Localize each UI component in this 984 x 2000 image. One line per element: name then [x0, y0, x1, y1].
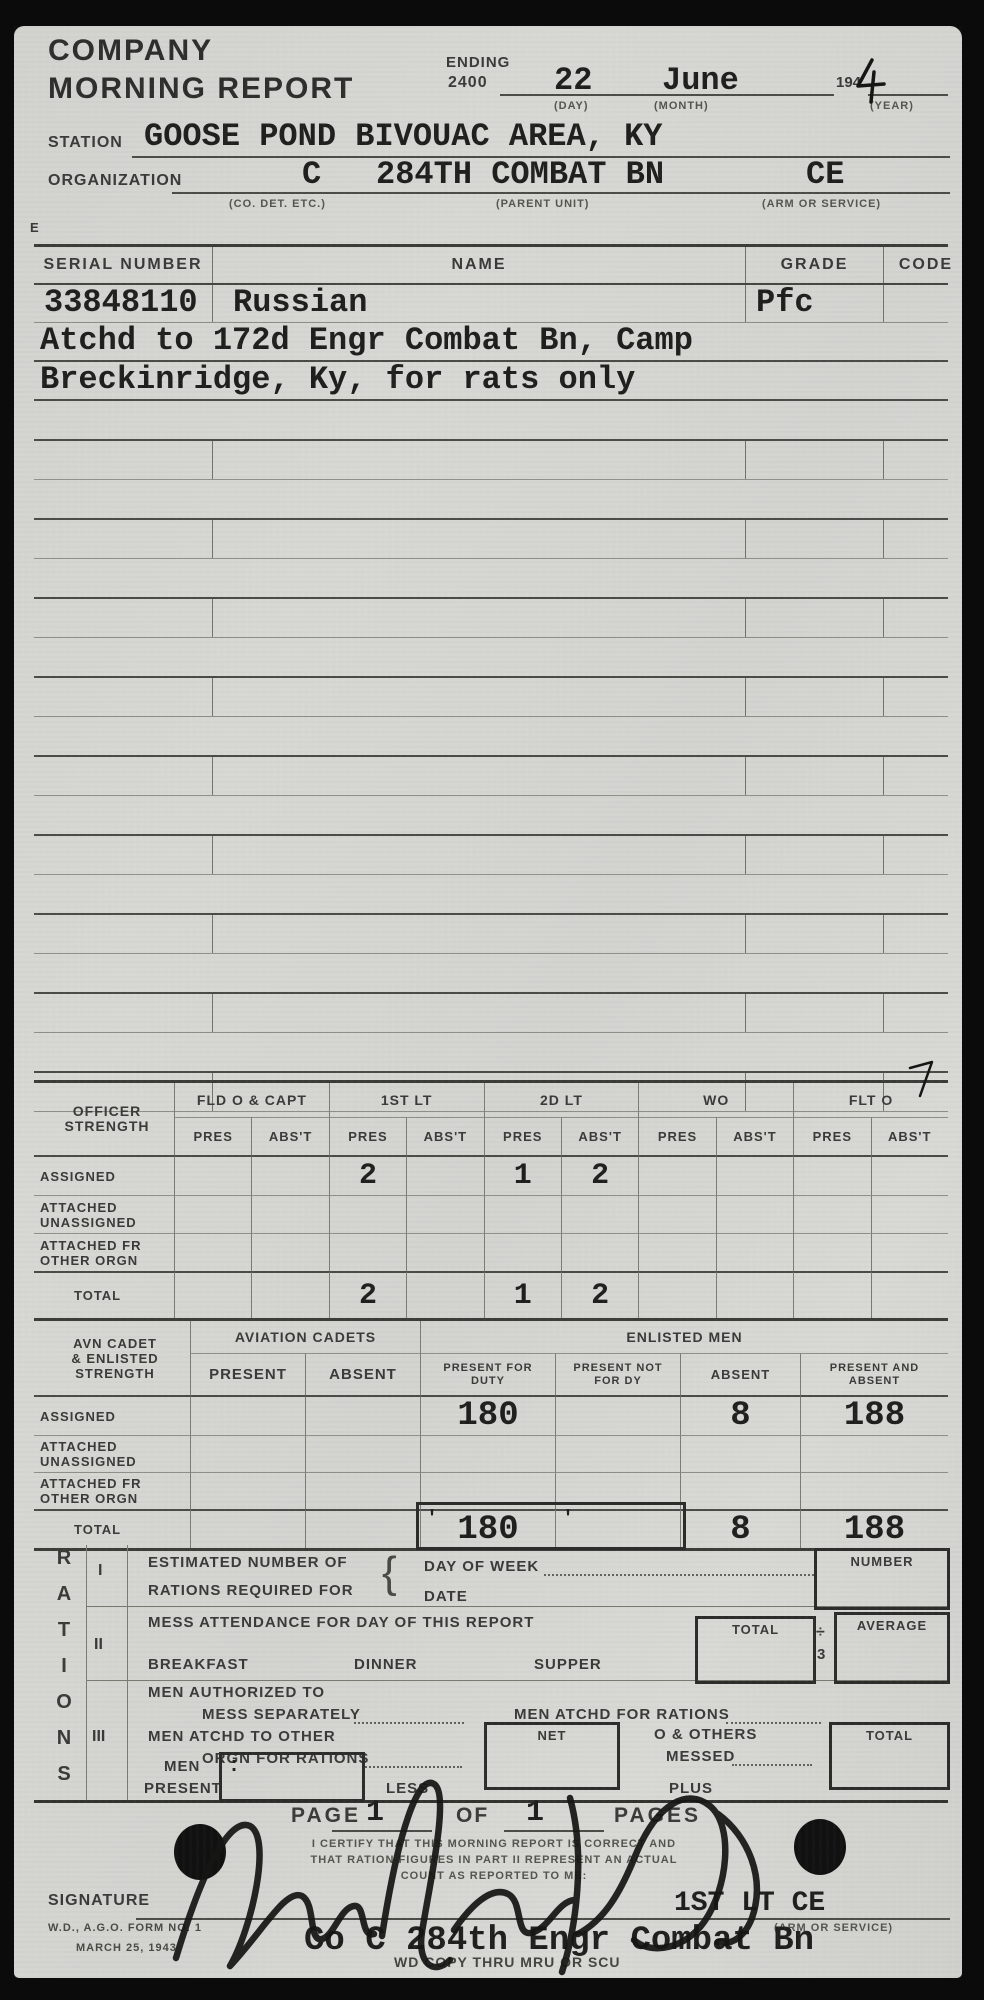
- officer-cell: [484, 1233, 561, 1271]
- enlisted-title-line: STRENGTH: [75, 1366, 155, 1381]
- others-line1: O & OTHERS: [654, 1726, 757, 1743]
- roster-blank-row: [34, 836, 948, 875]
- roster-blank-row: [34, 520, 948, 559]
- enlisted-subheader: ABSENT: [305, 1353, 420, 1395]
- organization-arm: CE: [806, 156, 844, 193]
- officer-cell: 2: [561, 1271, 638, 1318]
- officer-title-line: OFFICER: [73, 1104, 141, 1119]
- typed-grade-arm: 1ST LT CE: [674, 1888, 825, 1919]
- cert-line1: I CERTIFY THAT THIS MORNING REPORT IS CO…: [214, 1838, 774, 1850]
- roster-blank-cell: [745, 678, 883, 716]
- roster-blank-cell: [212, 836, 745, 874]
- enlisted-subheader: PRESENT AND ABSENT: [800, 1353, 948, 1395]
- rations-brace: {: [382, 1548, 397, 1598]
- form-number-line1: W.D., A.G.O. FORM NO. 1: [48, 1922, 202, 1934]
- officer-cell: [638, 1233, 715, 1271]
- roster-remark-row: Breckinridge, Ky, for rats only: [34, 362, 948, 401]
- officer-cell: [484, 1195, 561, 1233]
- rations-vline-1: [86, 1545, 87, 1800]
- officer-strength-table: OFFICERSTRENGTHFLD O & CAPT1ST LT2D LTWO…: [34, 1080, 948, 1321]
- enlisted-row-label: ATTACHED UNASSIGNED: [34, 1435, 190, 1472]
- roster-entry-serial: 33848110: [34, 285, 212, 322]
- roster-entry-row: 33848110RussianPfc: [34, 285, 948, 323]
- officer-cell: [406, 1233, 483, 1271]
- officer-cell: [251, 1233, 328, 1271]
- section2-numeral: II: [94, 1636, 103, 1654]
- officer-subheader: ABS'T: [716, 1117, 793, 1155]
- officer-cell: [716, 1195, 793, 1233]
- aviation-cadets-header: AVIATION CADETS: [190, 1321, 420, 1353]
- rations-vline-2: [127, 1545, 128, 1800]
- number-box: NUMBER: [814, 1548, 950, 1610]
- roster-header-code: CODE: [883, 247, 968, 283]
- station-value: GOOSE POND BIVOUAC AREA, KY: [144, 118, 662, 155]
- roster-remark-text: Atchd to 172d Engr Combat Bn, Camp: [34, 323, 948, 359]
- enlisted-subheader: PRESENT: [190, 1353, 305, 1395]
- enlisted-title-line: & ENLISTED: [71, 1351, 158, 1366]
- ending-label: ENDING: [446, 54, 510, 71]
- page-number-rule: [332, 1830, 432, 1832]
- roster-blank-cell: [883, 678, 968, 716]
- enlisted-cell: [555, 1395, 680, 1435]
- roster-blank-row: [34, 994, 948, 1033]
- enlisted-cell: 8: [680, 1509, 800, 1548]
- roster-blank-cell: [883, 994, 968, 1032]
- enlisted-cell: [800, 1472, 948, 1509]
- officer-group-header: FLT O: [793, 1083, 948, 1117]
- roster-remark-text: Breckinridge, Ky, for rats only: [34, 362, 948, 398]
- enlisted-row-label: ASSIGNED: [34, 1395, 190, 1435]
- roster-blank-cell: [883, 915, 968, 953]
- enlisted-cell: [305, 1395, 420, 1435]
- officer-cell: [329, 1195, 406, 1233]
- officer-strength-title: OFFICERSTRENGTH: [34, 1083, 174, 1155]
- enlisted-strength-title: AVN CADET& ENLISTEDSTRENGTH: [34, 1321, 190, 1395]
- day-of-week-line: [544, 1574, 814, 1576]
- officer-subheader: PRES: [484, 1117, 561, 1155]
- men-authorized-line2: MESS SEPARATELY: [202, 1706, 361, 1723]
- total-box-tick-right: ': [562, 1508, 574, 1531]
- organization-parent-unit: 284TH COMBAT BN: [376, 156, 664, 193]
- roster-blank-row: [34, 915, 948, 954]
- roster-body: 33848110RussianPfcAtchd to 172d Engr Com…: [34, 285, 948, 1112]
- day-of-week-label: DAY OF WEEK: [424, 1558, 539, 1575]
- signature-rule: [136, 1918, 950, 1920]
- organization-company: C: [302, 156, 321, 193]
- officer-cell: [793, 1233, 870, 1271]
- year-printed: 194: [836, 74, 861, 91]
- mess-total-label: TOTAL: [698, 1619, 813, 1637]
- officer-cell: [638, 1195, 715, 1233]
- mess-total-box: TOTAL: [695, 1616, 816, 1684]
- enlisted-cell: [800, 1435, 948, 1472]
- date-rule: [500, 94, 834, 96]
- officer-cell: [638, 1155, 715, 1195]
- enlisted-cell: 188: [800, 1395, 948, 1435]
- enlisted-cell: [680, 1472, 800, 1509]
- roster-blank-cell: [745, 599, 883, 637]
- roster-blank-cell: [745, 994, 883, 1032]
- officer-subheader: PRES: [638, 1117, 715, 1155]
- roster-blank-cell: [745, 915, 883, 953]
- roster-blank-cell: [883, 599, 968, 637]
- officer-row-label: ASSIGNED: [34, 1155, 174, 1195]
- roster-blank-row: [34, 559, 948, 599]
- section3-numeral: III: [92, 1728, 105, 1746]
- enlisted-cell: 188: [800, 1509, 948, 1548]
- enlisted-cell: [190, 1435, 305, 1472]
- total-pages-rule: [504, 1830, 604, 1832]
- officer-cell: [871, 1155, 948, 1195]
- of-label: OF: [456, 1804, 489, 1828]
- officer-cell: [793, 1155, 870, 1195]
- enlisted-cell: [680, 1435, 800, 1472]
- roster-entry-name: Russian: [212, 285, 745, 322]
- officer-cell: [251, 1271, 328, 1318]
- officer-cell: [871, 1233, 948, 1271]
- roster-blank-row: [34, 875, 948, 915]
- roster-blank-cell: [34, 915, 212, 953]
- men-authorized-line1: MEN AUTHORIZED TO: [148, 1684, 325, 1701]
- enlisted-total-box: [416, 1502, 686, 1550]
- form-number-line2: MARCH 25, 1943: [76, 1942, 177, 1954]
- roster-blank-cell: [212, 915, 745, 953]
- roster-blank-row: [34, 599, 948, 638]
- net-box-label: NET: [487, 1725, 617, 1743]
- roster-blank-cell: [212, 757, 745, 795]
- officer-cell: [174, 1271, 251, 1318]
- roster-blank-row: [34, 796, 948, 836]
- officer-cell: [793, 1195, 870, 1233]
- roster-table: SERIAL NUMBER NAME GRADE CODE 33848110Ru…: [34, 244, 948, 1112]
- section1-numeral: I: [98, 1562, 102, 1580]
- officer-cell: [251, 1155, 328, 1195]
- form-paper: COMPANY MORNING REPORT ENDING 2400 22 Ju…: [14, 26, 962, 1978]
- men-atchd-other-line1: MEN ATCHD TO OTHER: [148, 1728, 336, 1745]
- officer-cell: [174, 1195, 251, 1233]
- mess-attendance-heading: MESS ATTENDANCE FOR DAY OF THIS REPORT: [148, 1614, 534, 1631]
- number-box-label: NUMBER: [817, 1551, 947, 1569]
- wd-copy-note: WD COPY THRU MRU OR SCU: [394, 1954, 621, 1970]
- station-label: STATION: [48, 134, 123, 152]
- rations-letter: S: [52, 1763, 76, 1799]
- roster-blank-cell: [34, 678, 212, 716]
- enlisted-subheader: PRESENT NOT FOR DY: [555, 1353, 680, 1395]
- roster-blank-row: [34, 401, 948, 441]
- men-present-line2: PRESENT: [144, 1780, 222, 1797]
- officer-cell: [793, 1271, 870, 1318]
- enlisted-cell: [305, 1472, 420, 1509]
- enlisted-subheader: PRESENT FOR DUTY: [420, 1353, 555, 1395]
- roster-blank-cell: [883, 836, 968, 874]
- roster-blank-row: [34, 954, 948, 994]
- divide-sign: ÷: [816, 1624, 825, 1642]
- roster-blank-cell: [745, 836, 883, 874]
- mess-separately-line: [354, 1722, 464, 1724]
- scanned-morning-report: COMPANY MORNING REPORT ENDING 2400 22 Ju…: [0, 0, 984, 2000]
- roster-blank-cell: [212, 599, 745, 637]
- officer-cell: [638, 1271, 715, 1318]
- enlisted-cell: [555, 1435, 680, 1472]
- supper-label: SUPPER: [534, 1656, 602, 1673]
- rations-letter: T: [52, 1619, 76, 1655]
- total-box-tick-left: ': [426, 1508, 438, 1531]
- page-number: 1: [366, 1796, 384, 1830]
- roster-blank-row: [34, 1033, 948, 1073]
- year-caption: (YEAR): [870, 100, 914, 112]
- roster-blank-cell: [212, 520, 745, 558]
- roster-blank-row: [34, 717, 948, 757]
- roster-header-serial: SERIAL NUMBER: [34, 256, 212, 274]
- enlisted-cell: [305, 1435, 420, 1472]
- pages-label: PAGES: [614, 1804, 701, 1828]
- men-present-box-mark: :: [222, 1755, 362, 1778]
- men-present-box: :: [219, 1752, 365, 1802]
- officer-group-header: 2D LT: [484, 1083, 639, 1117]
- enlisted-title-line: AVN CADET: [73, 1336, 157, 1351]
- total-pages: 1: [526, 1796, 544, 1830]
- co-det-caption: (CO. DET. ETC.): [229, 198, 326, 210]
- officer-cell: [871, 1271, 948, 1318]
- officer-cell: [406, 1155, 483, 1195]
- orgn-for-rations-line: [362, 1766, 462, 1768]
- enlisted-cell: [190, 1509, 305, 1548]
- officer-cell: [716, 1155, 793, 1195]
- rations-letter: O: [52, 1691, 76, 1727]
- plus-label: PLUS: [669, 1780, 713, 1797]
- signature-label: SIGNATURE: [48, 1892, 150, 1910]
- officer-cell: 2: [561, 1155, 638, 1195]
- enlisted-cell: 8: [680, 1395, 800, 1435]
- roster-blank-row: [34, 441, 948, 480]
- divisor: 3: [817, 1646, 825, 1663]
- form-title-line1: COMPANY: [48, 34, 213, 68]
- roster-blank-cell: [212, 678, 745, 716]
- roster-blank-cell: [34, 994, 212, 1032]
- punch-hole-left: [174, 1824, 226, 1880]
- officer-row-label: ATTACHED UNASSIGNED: [34, 1195, 174, 1233]
- roster-header-row: SERIAL NUMBER NAME GRADE CODE: [34, 244, 948, 285]
- officer-cell: [174, 1155, 251, 1195]
- officer-row-label: ATTACHED FR OTHER ORGN: [34, 1233, 174, 1271]
- roster-blank-cell: [34, 599, 212, 637]
- parent-unit-caption: (PARENT UNIT): [496, 198, 589, 210]
- margin-mark: E: [30, 220, 39, 235]
- officer-cell: [871, 1195, 948, 1233]
- roster-blank-cell: [212, 441, 745, 479]
- rations-total-box: TOTAL: [829, 1722, 950, 1790]
- officer-cell: 1: [484, 1155, 561, 1195]
- officer-subheader: ABS'T: [406, 1117, 483, 1155]
- roster-header-grade: GRADE: [745, 247, 883, 283]
- officer-row-label: TOTAL: [34, 1271, 174, 1318]
- roster-entry-grade: Pfc: [745, 285, 883, 322]
- punch-hole-right: [794, 1819, 846, 1875]
- rations-bottom-rule: [34, 1800, 948, 1803]
- month-caption: (MONTH): [654, 100, 709, 112]
- roster-entry-code: [883, 285, 968, 322]
- dinner-label: DINNER: [354, 1656, 418, 1673]
- roster-blank-cell: [34, 441, 212, 479]
- breakfast-label: BREAKFAST: [148, 1656, 249, 1673]
- day-caption: (DAY): [554, 100, 589, 112]
- officer-subheader: ABS'T: [251, 1117, 328, 1155]
- enlisted-cell: [305, 1509, 420, 1548]
- organization-rule: [172, 192, 950, 194]
- date-label: DATE: [424, 1588, 468, 1605]
- net-box: NET: [484, 1722, 620, 1790]
- cert-line2: THAT RATION FIGURES IN PART II REPRESENT…: [214, 1854, 774, 1866]
- roster-blank-cell: [883, 757, 968, 795]
- roster-blank-row: [34, 480, 948, 520]
- year-rule: [868, 94, 948, 96]
- rations-vertical-label: RATIONS: [52, 1547, 76, 1799]
- officer-cell: [174, 1233, 251, 1271]
- officer-cell: 2: [329, 1271, 406, 1318]
- enlisted-subheader: ABSENT: [680, 1353, 800, 1395]
- officer-cell: 2: [329, 1155, 406, 1195]
- roster-blank-cell: [883, 520, 968, 558]
- roster-remark-row: Atchd to 172d Engr Combat Bn, Camp: [34, 323, 948, 362]
- rations-estimated-line1: ESTIMATED NUMBER OF: [148, 1554, 348, 1571]
- others-messed-line: [732, 1764, 812, 1766]
- roster-blank-cell: [212, 994, 745, 1032]
- average-box: AVERAGE: [834, 1612, 950, 1684]
- officer-cell: [329, 1233, 406, 1271]
- rations-sep-2: [86, 1680, 948, 1681]
- roster-blank-cell: [745, 441, 883, 479]
- enlisted-cell: [190, 1395, 305, 1435]
- rations-letter: R: [52, 1547, 76, 1583]
- form-title-line2: MORNING REPORT: [48, 72, 354, 106]
- officer-subheader: PRES: [793, 1117, 870, 1155]
- page-label: PAGE: [291, 1804, 361, 1828]
- officer-cell: [561, 1233, 638, 1271]
- rations-letter: A: [52, 1583, 76, 1619]
- rations-total-label: TOTAL: [832, 1725, 947, 1743]
- enlisted-row-label: TOTAL: [34, 1509, 190, 1548]
- officer-subheader: ABS'T: [871, 1117, 948, 1155]
- roster-blank-cell: [34, 757, 212, 795]
- roster-blank-cell: [745, 757, 883, 795]
- officer-group-header: 1ST LT: [329, 1083, 484, 1117]
- rations-letter: N: [52, 1727, 76, 1763]
- men-atchd-for-rations-line: [726, 1722, 821, 1724]
- roster-blank-cell: [34, 520, 212, 558]
- officer-cell: [406, 1195, 483, 1233]
- enlisted-cell: [190, 1472, 305, 1509]
- rations-letter: I: [52, 1655, 76, 1691]
- roster-blank-row: [34, 638, 948, 678]
- officer-group-header: FLD O & CAPT: [174, 1083, 329, 1117]
- officer-subheader: PRES: [174, 1117, 251, 1155]
- roster-blank-row: [34, 678, 948, 717]
- roster-header-name: NAME: [212, 247, 745, 283]
- roster-blank-cell: [34, 836, 212, 874]
- roster-blank-row: [34, 757, 948, 796]
- officer-cell: [561, 1195, 638, 1233]
- enlisted-row-label: ATTACHED FR OTHER ORGN: [34, 1472, 190, 1509]
- officer-subheader: PRES: [329, 1117, 406, 1155]
- officer-cell: [406, 1271, 483, 1318]
- men-present-line1: MEN: [164, 1758, 200, 1775]
- enlisted-cell: 180: [420, 1395, 555, 1435]
- officer-subheader: ABS'T: [561, 1117, 638, 1155]
- ending-time: 2400: [448, 74, 488, 92]
- men-atchd-for-rations-label: MEN ATCHD FOR RATIONS: [514, 1706, 730, 1723]
- roster-blank-cell: [745, 520, 883, 558]
- enlisted-cell: [420, 1435, 555, 1472]
- cert-line3: COUNT AS REPORTED TO ME:: [214, 1870, 774, 1882]
- average-box-label: AVERAGE: [837, 1615, 947, 1633]
- less-label: LESS: [386, 1780, 429, 1797]
- others-line2: MESSED: [666, 1748, 735, 1765]
- roster-blank-cell: [883, 441, 968, 479]
- officer-cell: [716, 1233, 793, 1271]
- officer-cell: [716, 1271, 793, 1318]
- officer-title-line: STRENGTH: [65, 1119, 150, 1134]
- organization-label: ORGANIZATION: [48, 172, 182, 190]
- rations-estimated-line2: RATIONS REQUIRED FOR: [148, 1582, 354, 1599]
- officer-cell: 1: [484, 1271, 561, 1318]
- officer-cell: [251, 1195, 328, 1233]
- arm-service-caption: (ARM OR SERVICE): [762, 198, 881, 210]
- enlisted-men-header: ENLISTED MEN: [420, 1321, 948, 1353]
- officer-group-header: WO: [638, 1083, 793, 1117]
